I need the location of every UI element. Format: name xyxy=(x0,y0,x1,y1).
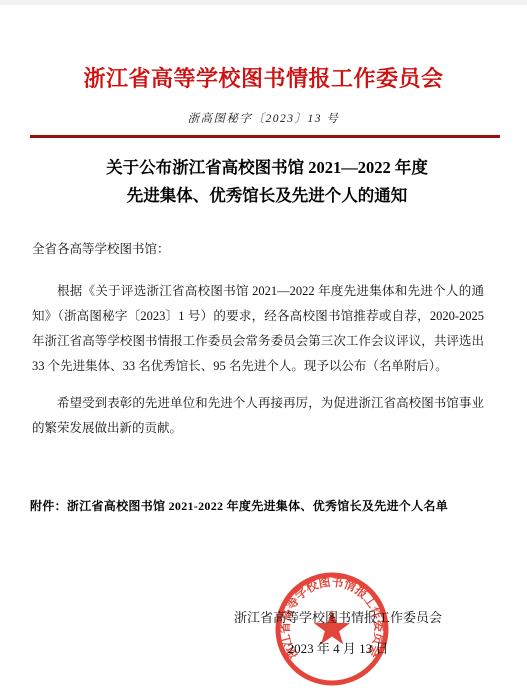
signature-org-name: 浙江省高等学校图书情报工作委员会 xyxy=(234,610,442,626)
notice-title: 关于公布浙江省高校图书馆 2021—2022 年度 先进集体、优秀馆长及先进个人… xyxy=(30,154,504,210)
signature-block: 浙江省高等学校图书情报工作委员会 2023 年 4 月 13 日 xyxy=(234,610,442,657)
salutation: 全省各高等学校图书馆： xyxy=(32,237,484,262)
notice-body: 全省各高等学校图书馆： 根据《关于评选浙江省高校图书馆 2021—2022 年度… xyxy=(32,237,484,441)
notice-title-line-1: 关于公布浙江省高校图书馆 2021—2022 年度 xyxy=(30,154,504,182)
body-paragraph-2: 希望受到表彰的先进单位和先进个人再接再厉，为促进浙江省高校图书馆事业的繁荣发展做… xyxy=(32,391,484,441)
notice-title-line-2: 先进集体、优秀馆长及先进个人的通知 xyxy=(30,182,504,210)
letterhead-org-title: 浙江省高等学校图书情报工作委员会 xyxy=(0,62,527,93)
red-divider-rule xyxy=(30,135,500,138)
top-border-strip xyxy=(0,0,527,5)
document-page: 浙江省高等学校图书情报工作委员会 浙高图秘字〔2023〕13 号 关于公布浙江省… xyxy=(0,0,527,694)
signature-date: 2023 年 4 月 13 日 xyxy=(234,641,442,657)
document-number: 浙高图秘字〔2023〕13 号 xyxy=(0,110,527,126)
attachment-note: 附件：浙江省高校图书馆 2021-2022 年度先进集体、优秀馆长及先进个人名单 xyxy=(30,497,500,514)
body-paragraph-1: 根据《关于评选浙江省高校图书馆 2021—2022 年度先进集体和先进个人的通知… xyxy=(32,279,484,379)
